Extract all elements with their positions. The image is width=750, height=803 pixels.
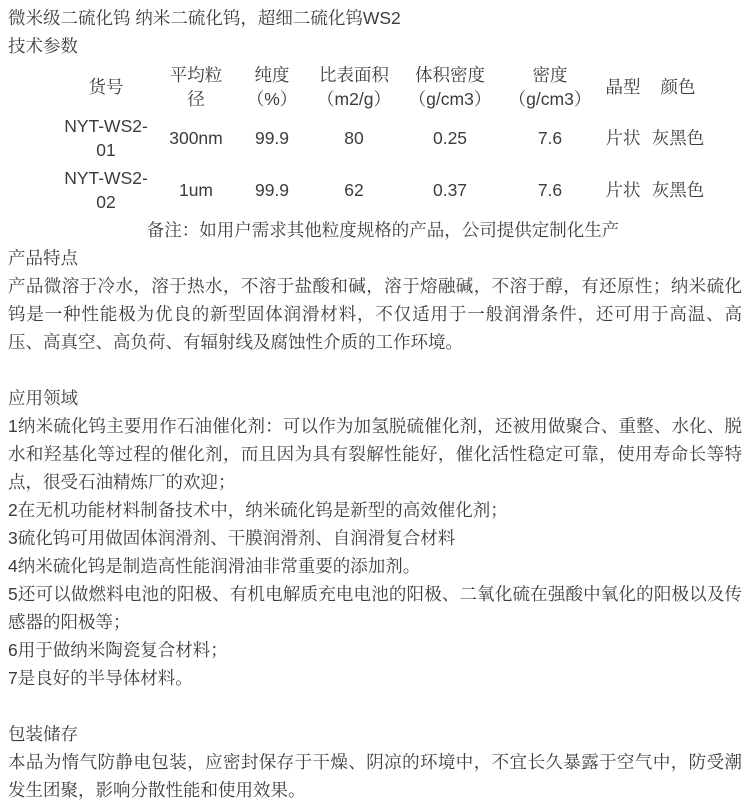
- col-header-specific-surface-area: 比表面积 （m2/g）: [308, 62, 400, 112]
- col-header-text: 颜色: [646, 75, 710, 99]
- col-header-item-no: 货号: [56, 62, 156, 112]
- section-spacer: [8, 692, 742, 720]
- packaging-storage-heading: 包装储存: [8, 720, 742, 748]
- section-spacer: [8, 356, 742, 384]
- application-item: 4纳米硫化钨是制造高性能润滑油非常重要的添加剂。: [8, 552, 742, 580]
- col-header-bulk-density: 体积密度 （g/cm3）: [400, 62, 500, 112]
- col-header-crystal-form: 晶型: [600, 62, 646, 112]
- col-header-text: 晶型: [600, 75, 646, 99]
- cell-avg-particle-size: 1um: [156, 164, 236, 216]
- col-header-purity: 纯度 （%）: [236, 62, 308, 112]
- col-header-text: （g/cm3）: [400, 87, 500, 111]
- cell-item-no: NYT-WS2-02: [56, 164, 156, 216]
- application-item: 1纳米硫化钨主要用作石油催化剂：可以作为加氢脱硫催化剂，还被用做聚合、重整、水化…: [8, 412, 742, 496]
- cell-bulk-density: 0.37: [400, 164, 500, 216]
- col-header-text: 径: [156, 87, 236, 111]
- product-features-body: 产品微溶于冷水，溶于热水，不溶于盐酸和碱，溶于熔融碱，不溶于醇，有还原性；纳米硫…: [8, 272, 742, 356]
- page-title: 微米级二硫化钨 纳米二硫化钨，超细二硫化钨WS2: [8, 4, 742, 32]
- col-header-text: （m2/g）: [308, 87, 400, 111]
- col-header-text: 密度: [500, 63, 600, 87]
- application-item: 2在无机功能材料制备技术中，纳米硫化钨是新型的高效催化剂；: [8, 496, 742, 524]
- tech-params-heading: 技术参数: [8, 32, 742, 60]
- table-header-row: 货号 平均粒 径 纯度 （%） 比表面积 （m2/g） 体积密度 （g/cm3）: [56, 62, 710, 112]
- product-features-heading: 产品特点: [8, 244, 742, 272]
- cell-crystal-form: 片状: [600, 112, 646, 164]
- application-item: 7是良好的半导体材料。: [8, 664, 742, 692]
- col-header-text: （%）: [236, 87, 308, 111]
- table-row: NYT-WS2-02 1um 99.9 62 0.37 7.6 片状 灰黑色: [56, 164, 710, 216]
- cell-crystal-form: 片状: [600, 164, 646, 216]
- cell-purity: 99.9: [236, 112, 308, 164]
- col-header-text: 平均粒: [156, 63, 236, 87]
- cell-density: 7.6: [500, 164, 600, 216]
- table-row: NYT-WS2-01 300nm 99.9 80 0.25 7.6 片状 灰黑色: [56, 112, 710, 164]
- application-item: 6用于做纳米陶瓷复合材料；: [8, 636, 742, 664]
- cell-item-no: NYT-WS2-01: [56, 112, 156, 164]
- cell-avg-particle-size: 300nm: [156, 112, 236, 164]
- col-header-text: 比表面积: [308, 63, 400, 87]
- col-header-text: 货号: [56, 75, 156, 99]
- cell-density: 7.6: [500, 112, 600, 164]
- product-document-page: 微米级二硫化钨 纳米二硫化钨，超细二硫化钨WS2 技术参数 货号 平均粒 径: [0, 0, 750, 803]
- col-header-text: （g/cm3）: [500, 87, 600, 111]
- cell-color: 灰黑色: [646, 164, 710, 216]
- col-header-text: 体积密度: [400, 63, 500, 87]
- tech-params-table: 货号 平均粒 径 纯度 （%） 比表面积 （m2/g） 体积密度 （g/cm3）: [56, 62, 710, 216]
- packaging-storage-body: 本品为惰气防静电包装，应密封保存于干燥、阴凉的环境中，不宜长久暴露于空气中，防受…: [8, 748, 742, 803]
- application-item: 5还可以做燃料电池的阳极、有机电解质充电电池的阳极、二氧化硫在强酸中氧化的阳极以…: [8, 580, 742, 636]
- col-header-color: 颜色: [646, 62, 710, 112]
- col-header-text: 纯度: [236, 63, 308, 87]
- table-note: 备注：如用户需求其他粒度规格的产品，公司提供定制化生产: [56, 216, 710, 244]
- cell-purity: 99.9: [236, 164, 308, 216]
- cell-color: 灰黑色: [646, 112, 710, 164]
- cell-specific-surface-area: 80: [308, 112, 400, 164]
- col-header-density: 密度 （g/cm3）: [500, 62, 600, 112]
- cell-bulk-density: 0.25: [400, 112, 500, 164]
- applications-heading: 应用领域: [8, 384, 742, 412]
- application-item: 3硫化钨可用做固体润滑剂、干膜润滑剂、自润滑复合材料: [8, 524, 742, 552]
- col-header-avg-particle-size: 平均粒 径: [156, 62, 236, 112]
- cell-specific-surface-area: 62: [308, 164, 400, 216]
